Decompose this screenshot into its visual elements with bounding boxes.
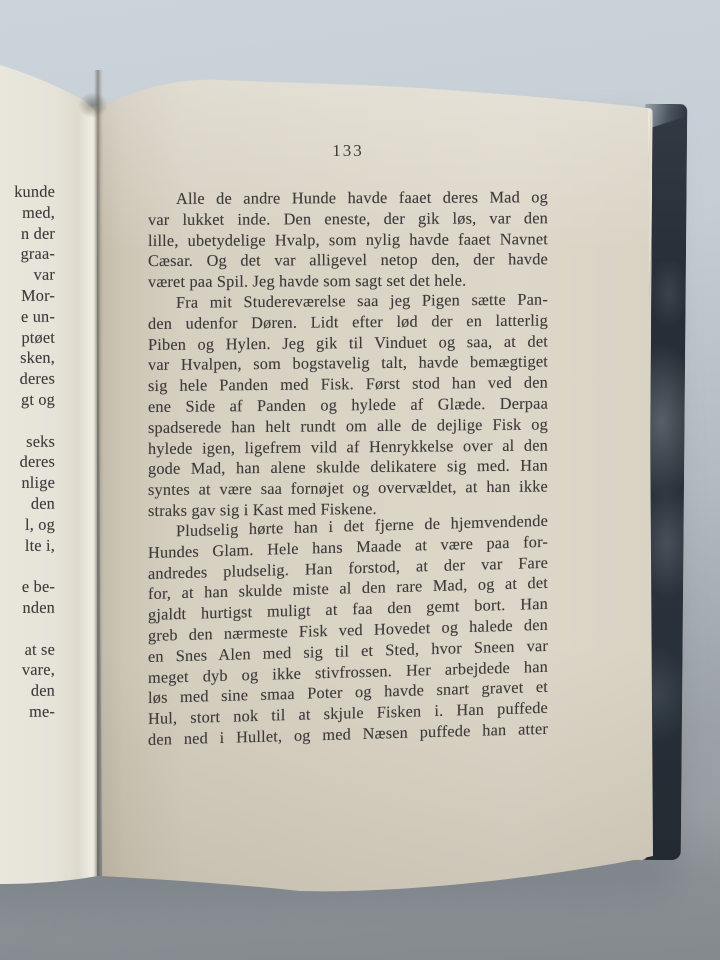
text-line: syntes at være saa fornøjet og overvælde… (148, 477, 548, 501)
left-page-fragment: kunde (0, 182, 55, 203)
text-line: lille, ubetydelige Hvalp, som nylig havd… (148, 229, 548, 252)
left-page-fragment: me- (0, 702, 55, 723)
paragraph-1: Alle de andre Hunde havde faaet deres Ma… (148, 187, 548, 293)
left-page-fragment (0, 556, 55, 577)
paragraph-3: Pludselig hørte han i det fjerne de hjem… (148, 511, 548, 751)
left-page-text-fragments: kundemed,n dergraa-varMor-e un-ptøetsken… (0, 182, 55, 723)
left-page-fragment: deres (0, 369, 55, 390)
left-page-fragment: nden (0, 598, 55, 619)
left-page-fragment: nlige (0, 473, 55, 494)
left-page-fragment: at se (0, 639, 55, 660)
left-page-fragment: graa- (0, 244, 55, 265)
left-page-fragment: seks (0, 431, 55, 452)
left-page-fragment: n der (0, 223, 55, 244)
paragraph-2: Fra mit Studereværelse saa jeg Pigen sæt… (148, 289, 548, 521)
left-page-fragment: vare, (0, 660, 55, 681)
text-line: Cæsar. Og det var alligevel netop den, d… (148, 250, 548, 273)
left-page-fragment: deres (0, 452, 55, 473)
left-page-fragment (0, 410, 55, 431)
left-page-fragment: l, og (0, 514, 55, 535)
left-page-fragment: e un- (0, 306, 55, 327)
left-page-fragment: gt og (0, 390, 55, 411)
book-photo-scene: kundemed,n dergraa-varMor-e un-ptøetsken… (0, 0, 720, 960)
left-page-fragment: den (0, 681, 55, 702)
left-page-fragment: den (0, 494, 55, 515)
text-line: spadserede han helt rundt om alle de dej… (148, 414, 548, 438)
text-line: var lukket inde. Den eneste, der gik løs… (148, 208, 548, 231)
left-page-fragment: med, (0, 202, 55, 223)
text-line: Alle de andre Hunde havde faaet deres Ma… (148, 187, 548, 210)
text-line: den udenfor Døren. Lidt efter lød der en… (148, 310, 548, 334)
left-page-fragment: sken, (0, 348, 55, 369)
left-page-fragment: Mor- (0, 286, 55, 307)
gutter-top-shadow (78, 92, 108, 118)
left-page-fragment: lte i, (0, 535, 55, 556)
right-page-text: 133 Alle de andre Hunde havde faaet dere… (148, 141, 548, 751)
book-gutter (94, 70, 103, 876)
left-page-fragment: e be- (0, 577, 55, 598)
left-page-fragment (0, 618, 55, 639)
left-page-fragment: ptøet (0, 327, 55, 348)
left-page-fragment: var (0, 265, 55, 286)
page-number: 133 (148, 141, 548, 162)
